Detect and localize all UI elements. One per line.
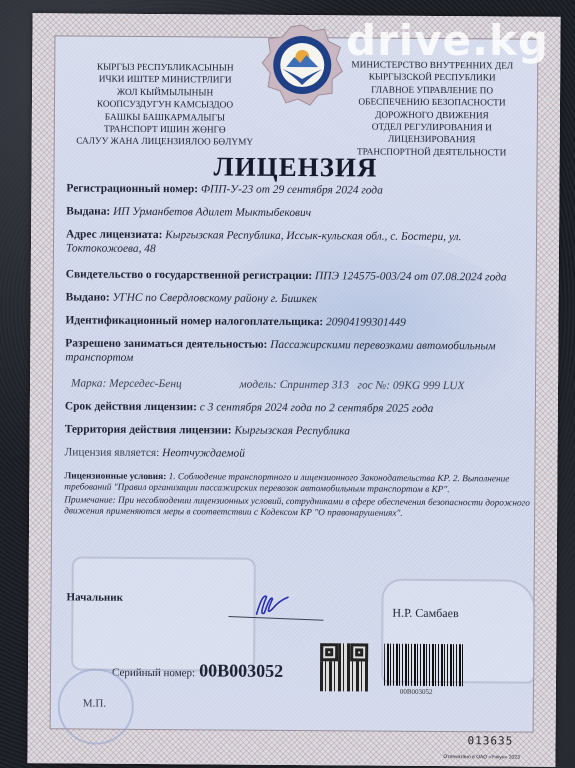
field-label: Адрес лицензиата: bbox=[66, 228, 162, 241]
document-title: ЛИЦЕНЗИЯ bbox=[31, 150, 559, 185]
vehicle-model: Спринтер 313 bbox=[280, 379, 349, 391]
barcode bbox=[384, 644, 464, 687]
field-label: Регистрационный номер: bbox=[66, 182, 198, 195]
header-line: САЛУУ ЖАНА ЛИЦЕНЗИЯЛОО БӨЛҮМҮ bbox=[70, 136, 260, 150]
signatory-position: Начальник bbox=[67, 591, 124, 603]
serial-number: Серийный номер: 00B003052 bbox=[112, 660, 283, 682]
field-label: Территория действия лицензии: bbox=[65, 423, 232, 436]
vehicle-plate-label: гос №: bbox=[357, 379, 390, 391]
field-value: ИП Урманбетов Адилет Мыктыбекович bbox=[113, 206, 311, 219]
printer-note: Отпечатано в ОАО «Учкун» 2023 bbox=[443, 754, 519, 761]
header-left-kyrgyz: КЫРГЫЗ РЕСПУБЛИКАСЫНЫН ИЧКИ ИШТЕР МИНИСТ… bbox=[70, 61, 261, 149]
header-line: ИЧКИ ИШТЕР МИНИСТРЛИГИ bbox=[70, 74, 260, 88]
barcode-text: 00B003052 bbox=[400, 688, 433, 696]
vehicle-brand: Мерседес-Бенц bbox=[109, 378, 182, 391]
field-value: 20904199301449 bbox=[326, 316, 406, 329]
field-value: Кыргызская Республика bbox=[234, 425, 350, 438]
field-tin: Идентификационный номер налогоплательщик… bbox=[65, 313, 535, 330]
field-value: УГНС по Свердловскому району г. Бишкек bbox=[112, 292, 317, 305]
field-label: Идентификационный номер налогоплательщик… bbox=[65, 314, 323, 328]
field-label: Лицензия является: bbox=[65, 446, 160, 459]
field-address: Адрес лицензиата: Кыргызская Республика,… bbox=[66, 227, 536, 258]
vehicle-model-label: модель: bbox=[239, 379, 277, 391]
field-label: Выдана: bbox=[66, 205, 110, 217]
stamp-label: М.П. bbox=[83, 698, 106, 710]
field-label: Разрешено заниматься деятельностью: bbox=[65, 337, 267, 350]
conditions-note: Примечание: При несоблюдении лицензионны… bbox=[64, 495, 534, 520]
field-issued-by: Выдано: УГНС по Свердловскому району г. … bbox=[66, 290, 536, 307]
field-value: ФПП-У-23 от 29 сентября 2024 года bbox=[201, 183, 383, 196]
serial-value: 00B003052 bbox=[199, 660, 283, 681]
field-conditions: Лицензионные условия: 1. Соблюдение тран… bbox=[64, 471, 534, 496]
field-label: Выдано: bbox=[66, 291, 110, 303]
field-label: Срок действия лицензии: bbox=[65, 400, 197, 413]
field-issued-to: Выдана: ИП Урманбетов Адилет Мыктыбекови… bbox=[66, 204, 536, 221]
field-value: ППЭ 124575-003/24 от 07.08.2024 года bbox=[315, 270, 507, 283]
field-activity: Разрешено заниматься деятельностью: Пасс… bbox=[65, 336, 535, 367]
header-line: КООПСУЗДУГУН КАМСЫЗДОО bbox=[70, 99, 260, 113]
license-document: КЫРГЫЗ РЕСПУБЛИКАСЫНЫН ИЧКИ ИШТЕР МИНИСТ… bbox=[27, 13, 560, 767]
header-right-russian: МИНИСТЕРСТВО ВНУТРЕННИХ ДЕЛ КЫРГЫЗСКОЙ Р… bbox=[332, 59, 533, 160]
vehicle-brand-label: Марка: bbox=[71, 377, 106, 389]
field-validity: Срок действия лицензии: с 3 сентября 202… bbox=[65, 399, 535, 416]
field-label: Лицензионные условия: bbox=[64, 471, 166, 482]
vehicle-plate: 09KG 999 LUX bbox=[393, 380, 465, 392]
serial-label: Серийный номер: bbox=[112, 667, 195, 680]
field-reg-number: Регистрационный номер: ФПП-У-23 от 29 се… bbox=[66, 181, 536, 198]
field-territory: Территория действия лицензии: Кыргызская… bbox=[65, 422, 535, 439]
field-vehicle: Марка: Мерседес-Бенц модель: Спринтер 31… bbox=[65, 376, 535, 393]
form-number: 013635 bbox=[468, 734, 514, 747]
header-line: ОБЕСПЕЧЕНИЮ БЕЗОПАСНОСТИ bbox=[332, 96, 532, 110]
field-transferability: Лицензия является: Неотчуждаемой bbox=[65, 445, 535, 462]
field-state-registration: Свидетельство о государственной регистра… bbox=[66, 267, 536, 284]
field-label: Свидетельство о государственной регистра… bbox=[66, 268, 312, 282]
watermark-logo: drive.kg bbox=[346, 16, 549, 65]
signatory-name: Н.Р. Самбаев bbox=[392, 606, 458, 621]
signature-icon bbox=[228, 587, 338, 628]
field-value: Неотчуждаемой bbox=[162, 447, 245, 460]
license-fields: Регистрационный номер: ФПП-У-23 от 29 се… bbox=[64, 181, 536, 529]
field-value: с 3 сентября 2024 года по 2 сентября 202… bbox=[200, 401, 434, 415]
qr-code bbox=[320, 643, 368, 691]
